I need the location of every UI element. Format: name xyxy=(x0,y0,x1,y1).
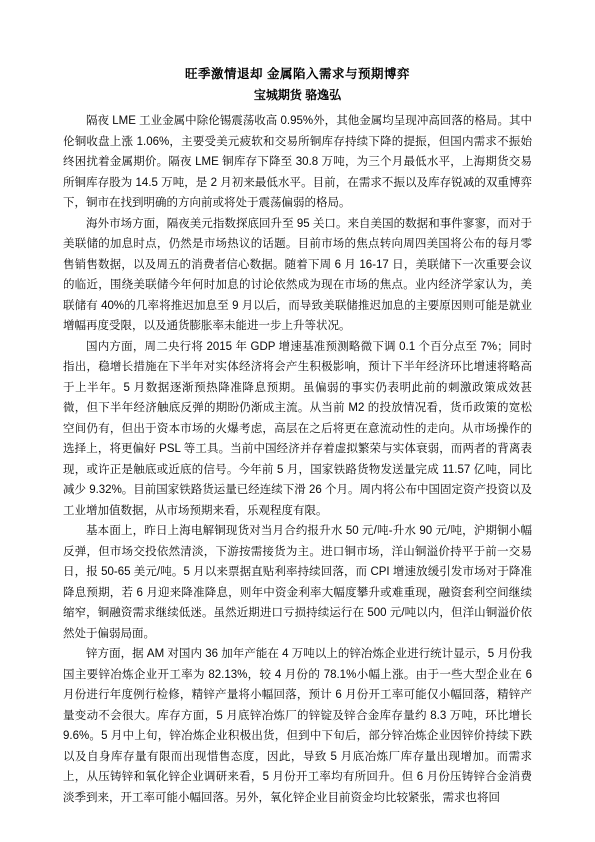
paragraph: 基本面上，昨日上海电解铜现货对当月合约报升水 50 元/吨-升水 90 元/吨，… xyxy=(63,521,532,644)
document-body: 隔夜 LME 工业金属中除伦锡震荡收高 0.95%外，其他金属均呈现冲高回落的格… xyxy=(63,111,532,808)
document-author: 宝城期货 骆逸弘 xyxy=(63,85,532,106)
paragraph: 国内方面，周二央行将 2015 年 GDP 增速基准预测略微下调 0.1 个百分… xyxy=(63,337,532,522)
paragraph: 隔夜 LME 工业金属中除伦锡震荡收高 0.95%外，其他金属均呈现冲高回落的格… xyxy=(63,111,532,214)
paragraph: 海外市场方面，隔夜美元指数探底回升至 95 关口。来自美国的数据和事件寥寥，而对… xyxy=(63,214,532,337)
document-title: 旺季激情退却 金属陷入需求与预期博弈 xyxy=(63,64,532,85)
paragraph: 锌方面，据 AM 对国内 36 加年产能在 4 万吨以上的锌冶炼企业进行统计显示… xyxy=(63,644,532,808)
document-page: 旺季激情退却 金属陷入需求与预期博弈 宝城期货 骆逸弘 隔夜 LME 工业金属中… xyxy=(0,0,595,842)
